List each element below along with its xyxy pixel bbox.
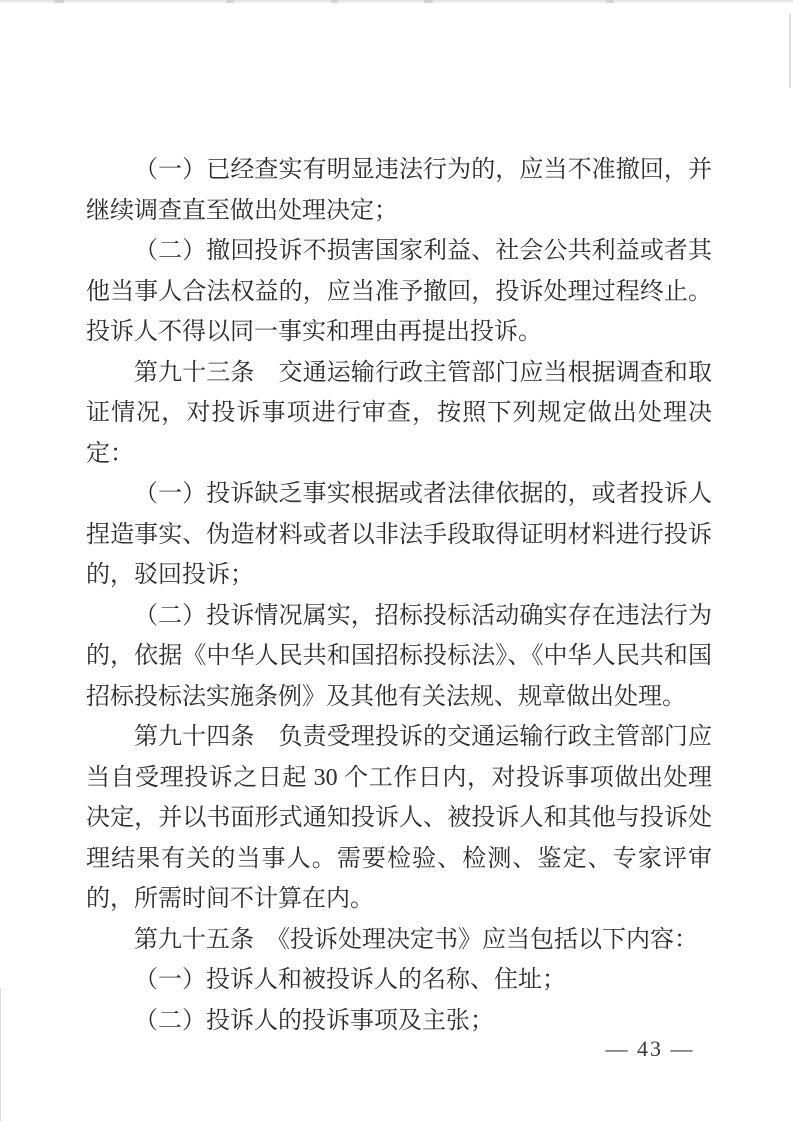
paragraph-article-93: 第九十三条 交通运输行政主管部门应当根据调查和取证情况，对投诉事项进行审查，按照… xyxy=(86,353,712,475)
paragraph-article-94: 第九十四条 负责受理投诉的交通运输行政主管部门应当自受理投诉之日起 30 个工作… xyxy=(86,717,712,920)
paragraph-article-95-item-2: （二）投诉人的投诉事项及主张； xyxy=(86,1001,712,1042)
scan-artifact-tick xyxy=(226,0,234,3)
paragraph-article-93-item-1: （一）投诉缺乏事实根据或者法律依据的，或者投诉人捏造事实、伪造材料或者以非法手段… xyxy=(86,474,712,596)
scan-artifact-right-edge xyxy=(789,14,791,88)
paragraph-article-93-item-2: （二）投诉情况属实，招标投标活动确实存在违法行为的，依据《中华人民共和国招标投标… xyxy=(86,596,712,718)
scan-artifact-top-edge xyxy=(0,0,793,4)
scan-artifact-tick xyxy=(331,0,338,3)
paragraph-article-95-item-1: （一）投诉人和被投诉人的名称、住址； xyxy=(86,960,712,1001)
scanned-page: （一）已经查实有明显违法行为的，应当不准撤回，并继续调查直至做出处理决定； （二… xyxy=(0,0,793,1121)
scan-artifact-tick xyxy=(54,0,64,3)
paragraph-item-1: （一）已经查实有明显违法行为的，应当不准撤回，并继续调查直至做出处理决定； xyxy=(86,150,712,231)
paragraph-article-95: 第九十五条 《投诉处理决定书》应当包括以下内容： xyxy=(86,920,712,961)
page-number: — 43 — xyxy=(560,1036,740,1062)
paragraph-item-2: （二）撤回投诉不损害国家利益、社会公共利益或者其他当事人合法权益的，应当准予撤回… xyxy=(86,231,712,353)
scan-artifact-tick xyxy=(606,0,614,3)
document-body: （一）已经查实有明显违法行为的，应当不准撤回，并继续调查直至做出处理决定； （二… xyxy=(86,150,712,1041)
scan-artifact-tick xyxy=(424,0,433,3)
scan-artifact-left-edge xyxy=(0,988,1,1121)
